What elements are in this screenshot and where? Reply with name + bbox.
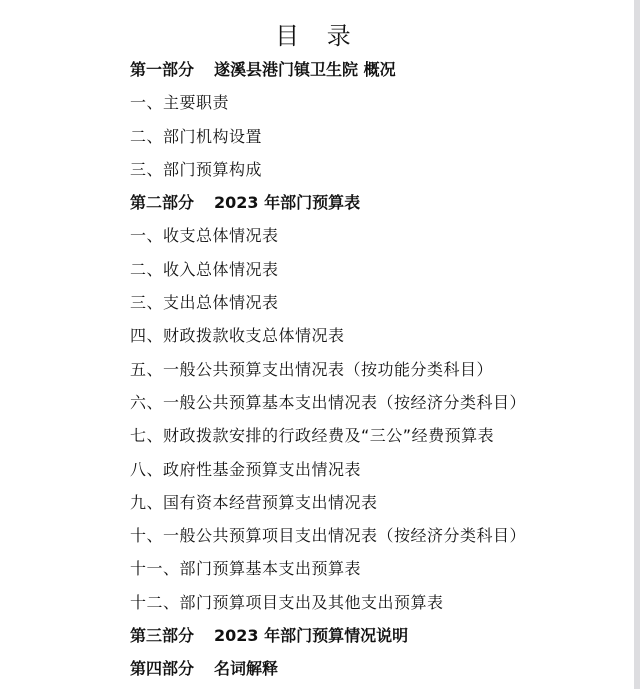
part-label: 第二部分 [130, 193, 194, 212]
toc-part-3[interactable]: 第三部分2023 年部门预算情况说明 [130, 624, 526, 657]
part-title: 遂溪县港门镇卫生院 概况 [214, 60, 396, 79]
toc-item[interactable]: 十、一般公共预算项目支出情况表（按经济分类科目） [130, 524, 526, 557]
toc-item[interactable]: 二、收入总体情况表 [130, 258, 526, 291]
toc-item[interactable]: 八、政府性基金预算支出情况表 [130, 458, 526, 491]
document-page: 目 录 第一部分遂溪县港门镇卫生院 概况 一、主要职责 二、部门机构设置 三、部… [0, 0, 634, 689]
scrollbar[interactable] [634, 0, 640, 689]
toc-part-2[interactable]: 第二部分2023 年部门预算表 [130, 191, 526, 224]
toc-item[interactable]: 七、财政拨款安排的行政经费及“三公”经费预算表 [130, 424, 526, 457]
part-label: 第三部分 [130, 626, 194, 645]
toc-item[interactable]: 二、部门机构设置 [130, 125, 526, 158]
part-title: 2023 年部门预算表 [214, 193, 360, 212]
toc-item[interactable]: 一、主要职责 [130, 91, 526, 124]
toc-item[interactable]: 十二、部门预算项目支出及其他支出预算表 [130, 591, 526, 624]
part-title: 2023 年部门预算情况说明 [214, 626, 408, 645]
toc-item[interactable]: 九、国有资本经营预算支出情况表 [130, 491, 526, 524]
toc-item[interactable]: 十一、部门预算基本支出预算表 [130, 557, 526, 590]
toc-item[interactable]: 三、支出总体情况表 [130, 291, 526, 324]
toc-title: 目 录 [0, 20, 636, 52]
part-title: 名词解释 [214, 659, 278, 678]
toc-part-4[interactable]: 第四部分名词解释 [130, 657, 526, 689]
part-label: 第四部分 [130, 659, 194, 678]
table-of-contents: 第一部分遂溪县港门镇卫生院 概况 一、主要职责 二、部门机构设置 三、部门预算构… [130, 58, 526, 689]
toc-item[interactable]: 三、部门预算构成 [130, 158, 526, 191]
toc-item[interactable]: 四、财政拨款收支总体情况表 [130, 324, 526, 357]
toc-item[interactable]: 一、收支总体情况表 [130, 224, 526, 257]
toc-item[interactable]: 六、一般公共预算基本支出情况表（按经济分类科目） [130, 391, 526, 424]
toc-part-1[interactable]: 第一部分遂溪县港门镇卫生院 概况 [130, 58, 526, 91]
part-label: 第一部分 [130, 60, 194, 79]
toc-item[interactable]: 五、一般公共预算支出情况表（按功能分类科目） [130, 358, 526, 391]
